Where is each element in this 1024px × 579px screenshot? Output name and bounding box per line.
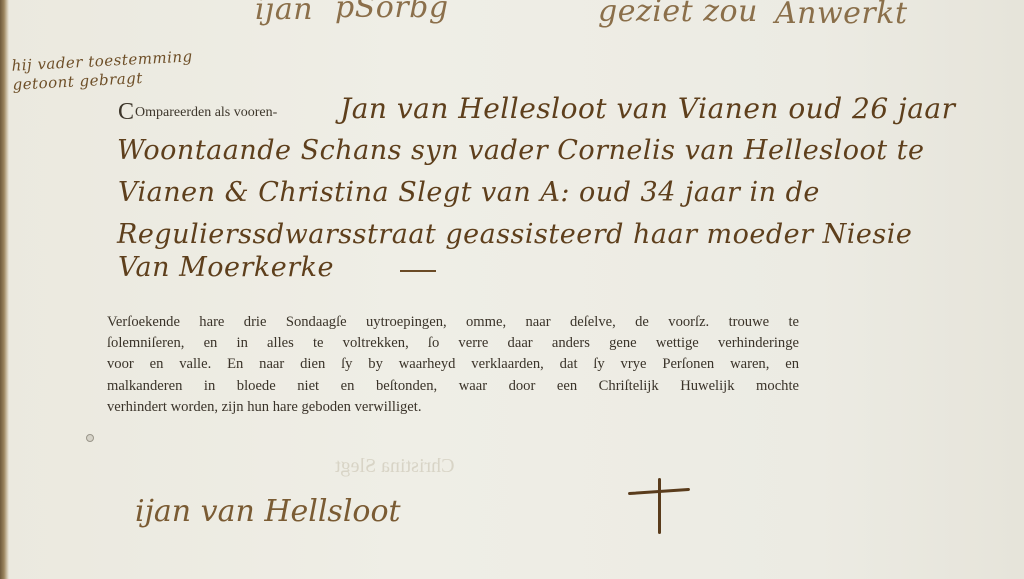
entry-line-3: Vianen & Christina Slegt van A: oud 34 j… — [118, 177, 820, 208]
bride-cross-mark-icon — [628, 478, 690, 534]
entry-line-5: Van Moerkerke — [118, 252, 334, 283]
entry-line-1: Jan van Hellesloot van Vianen oud 26 jaa… — [340, 92, 956, 125]
printed-opening-text: Ompareerden als vooren- — [135, 105, 277, 120]
drop-cap: C — [118, 99, 134, 125]
pinhole-mark — [86, 434, 94, 442]
entry-line-2: Woontaande Schans syn vader Cornelis van… — [117, 135, 924, 166]
printed-body-paragraph: Verſoekende hare drie Sondaagſe uytroepi… — [107, 312, 799, 418]
entry-line-4: Regulierssdwarsstraat geassisteerd haar … — [117, 219, 912, 250]
margin-note: hij vader toestemming getoont gebragt — [11, 47, 194, 94]
body-line-5: verhindert worden, zijn hun hare geboden… — [107, 397, 799, 418]
body-line-1: Verſoekende hare drie Sondaagſe uytroepi… — [107, 312, 799, 333]
top-handwriting-word-2: pSorbg — [335, 0, 449, 25]
book-spine-shadow — [0, 0, 9, 579]
top-handwriting-word-3: geziet zou — [598, 0, 758, 29]
body-line-3: voor en valle. En naar dien ſy by waarhe… — [107, 354, 799, 375]
closing-dash — [400, 270, 436, 272]
groom-signature: ijan van Hellsloot — [135, 494, 401, 529]
body-line-2: ſolemniſeren, en in alles te voltrekken,… — [107, 333, 799, 354]
top-handwriting-word-1: ijan — [255, 0, 313, 27]
top-handwriting-word-4: Anwerkt — [775, 0, 908, 31]
body-line-4: malkanderen in bloede niet en beſtonden,… — [107, 376, 799, 397]
bleed-through-text: Christina Slegt — [335, 455, 454, 478]
printed-opening: COmpareerden als vooren- — [118, 99, 277, 126]
register-page: ijan pSorbg geziet zou Anwerkt hij vader… — [0, 0, 1024, 579]
